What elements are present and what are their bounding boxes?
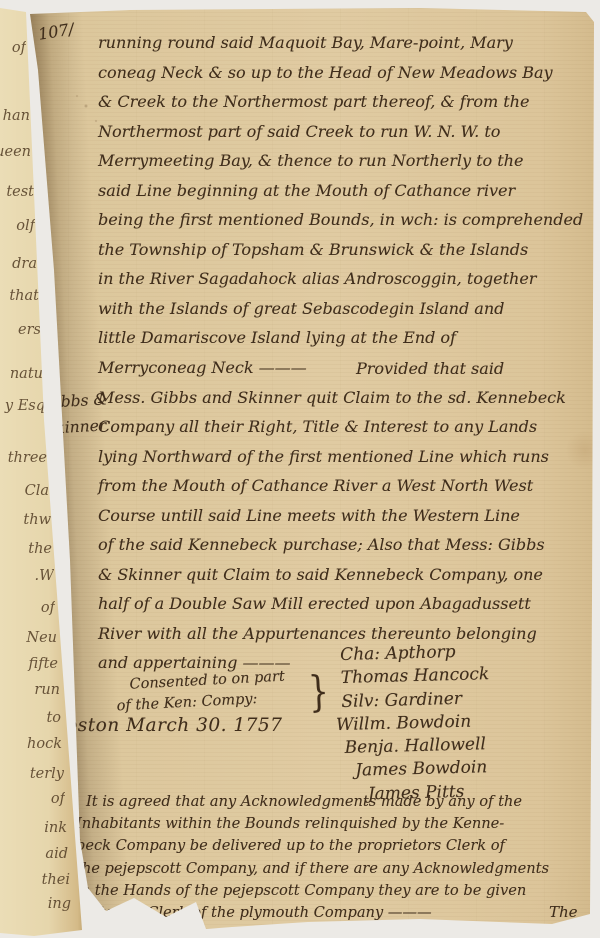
cutoff-word-fragment: aid [0,846,68,868]
closing-line: Inhabitants within the Bounds relinquish… [76,813,582,835]
cutoff-word-fragment: natu [0,366,43,388]
signature: James Bowdoin [355,757,492,784]
manuscript-line: from the Mouth of Cathance River a West … [98,476,580,506]
cutoff-word-fragment: ing [0,896,71,918]
manuscript-line: Mess. Gibbs and Skinner quit Claim to th… [98,388,580,418]
cutoff-word-fragment: of [0,600,55,622]
manuscript-line: half of a Double Saw Mill erected upon A… [98,594,580,624]
cutoff-word-fragment: olf [0,218,35,240]
cutoff-word-fragment: that [0,288,39,310]
cutoff-word-fragment: of [0,791,65,813]
cutoff-word-fragment: three [0,450,47,472]
manuscript-line: in the River Sagadahock alias Androscogg… [98,269,580,299]
cutoff-word-fragment: han [0,108,30,130]
manuscript-line: little Damariscove Island lying at the E… [98,328,580,358]
manuscript-line: the Township of Topsham & Brunswick & th… [98,240,580,270]
curly-brace: } [308,666,331,716]
manuscript-line: coneag Neck & so up to the Head of New M… [98,63,580,93]
provided-clause: Provided that said [356,359,504,378]
cutoff-word-fragment: of [0,40,26,62]
cutoff-word-fragment: thw [0,512,51,534]
manuscript-line: running round said Maquoit Bay, Mare-poi… [98,33,580,63]
manuscript-line: Northermost part of said Creek to run W.… [98,122,580,152]
cutoff-word-fragment: Neu [0,630,57,652]
closing-line: It is agreed that any Acknowledgments ma… [86,791,582,813]
cutoff-word-fragment: hock [0,736,62,758]
cutoff-word-fragment: Cla [0,483,49,505]
consent-note: Consented to on part of the Ken: Compy: … [129,667,309,713]
cutoff-word-fragment: to [0,710,61,732]
cutoff-word-fragment: ers [0,322,41,344]
signature-column: Cha: Apthorp Thomas Hancock Silv: Gardin… [340,640,493,807]
manuscript-line: Merrymeeting Bay, & thence to run Northe… [98,151,580,181]
cutoff-word-fragment: fifte [0,656,58,678]
manuscript-line: lying Northward of the first mentioned L… [98,447,580,477]
manuscript-line: Company all their Right, Title & Interes… [98,417,580,447]
manuscript-line: being the first mentioned Bounds, in wch… [98,210,580,240]
manuscript-line: Merryconeag Neck ——— Provided that said [98,358,580,388]
cutoff-word-fragment: thei [0,872,70,894]
manuscript-line: Course untill said Line meets with the W… [98,506,580,536]
scanned-manuscript-page: of han ueen test olf dra that ers natu y… [0,0,600,938]
dateline: Boston March 30. 1757 [52,715,282,736]
closing-line: up to the Clerk of the plymouth Company … [76,902,582,924]
manuscript-line: with the Islands of great Sebascodegin I… [98,299,580,329]
closing-line: the pejepscott Company, and if there are… [76,858,582,880]
manuscript-page: 107/ Gibbs & Skinner running round said … [0,0,600,938]
cutoff-word-fragment: y Esq [0,398,45,420]
cutoff-word-fragment: ink [0,820,67,842]
manuscript-line: said Line beginning at the Mouth of Cath… [98,181,580,211]
cutoff-word-fragment: test [0,184,34,206]
catchword: The [549,903,578,921]
closing-line: in the Hands of the pejepscott Company t… [76,880,582,902]
signature: Thomas Hancock [341,663,490,690]
cutoff-word-fragment: run [0,682,60,704]
cutoff-word-fragment: terly [0,766,64,788]
consent-note-line: of the Ken: Compy: [116,688,309,714]
manuscript-line: & Creek to the Northermost part thereof,… [98,92,580,122]
manuscript-line-text: Merryconeag Neck ——— [98,358,307,377]
manuscript-body: running round said Maquoit Bay, Mare-poi… [98,33,580,683]
cutoff-word-fragment: the [0,541,52,563]
manuscript-line: & Skinner quit Claim to said Kennebeck C… [98,565,580,595]
closing-paragraph: It is agreed that any Acknowledgments ma… [76,791,582,924]
manuscript-line: of the said Kennebeck purchase; Also tha… [98,535,580,565]
closing-line: beck Company be delivered up to the prop… [76,835,582,857]
manuscript-line: River with all the Appurtenances thereun… [98,624,580,654]
cutoff-word-fragment: W. [0,568,54,590]
cutoff-word-fragment: dra [0,256,37,278]
cutoff-word-fragment: ueen [0,144,31,166]
